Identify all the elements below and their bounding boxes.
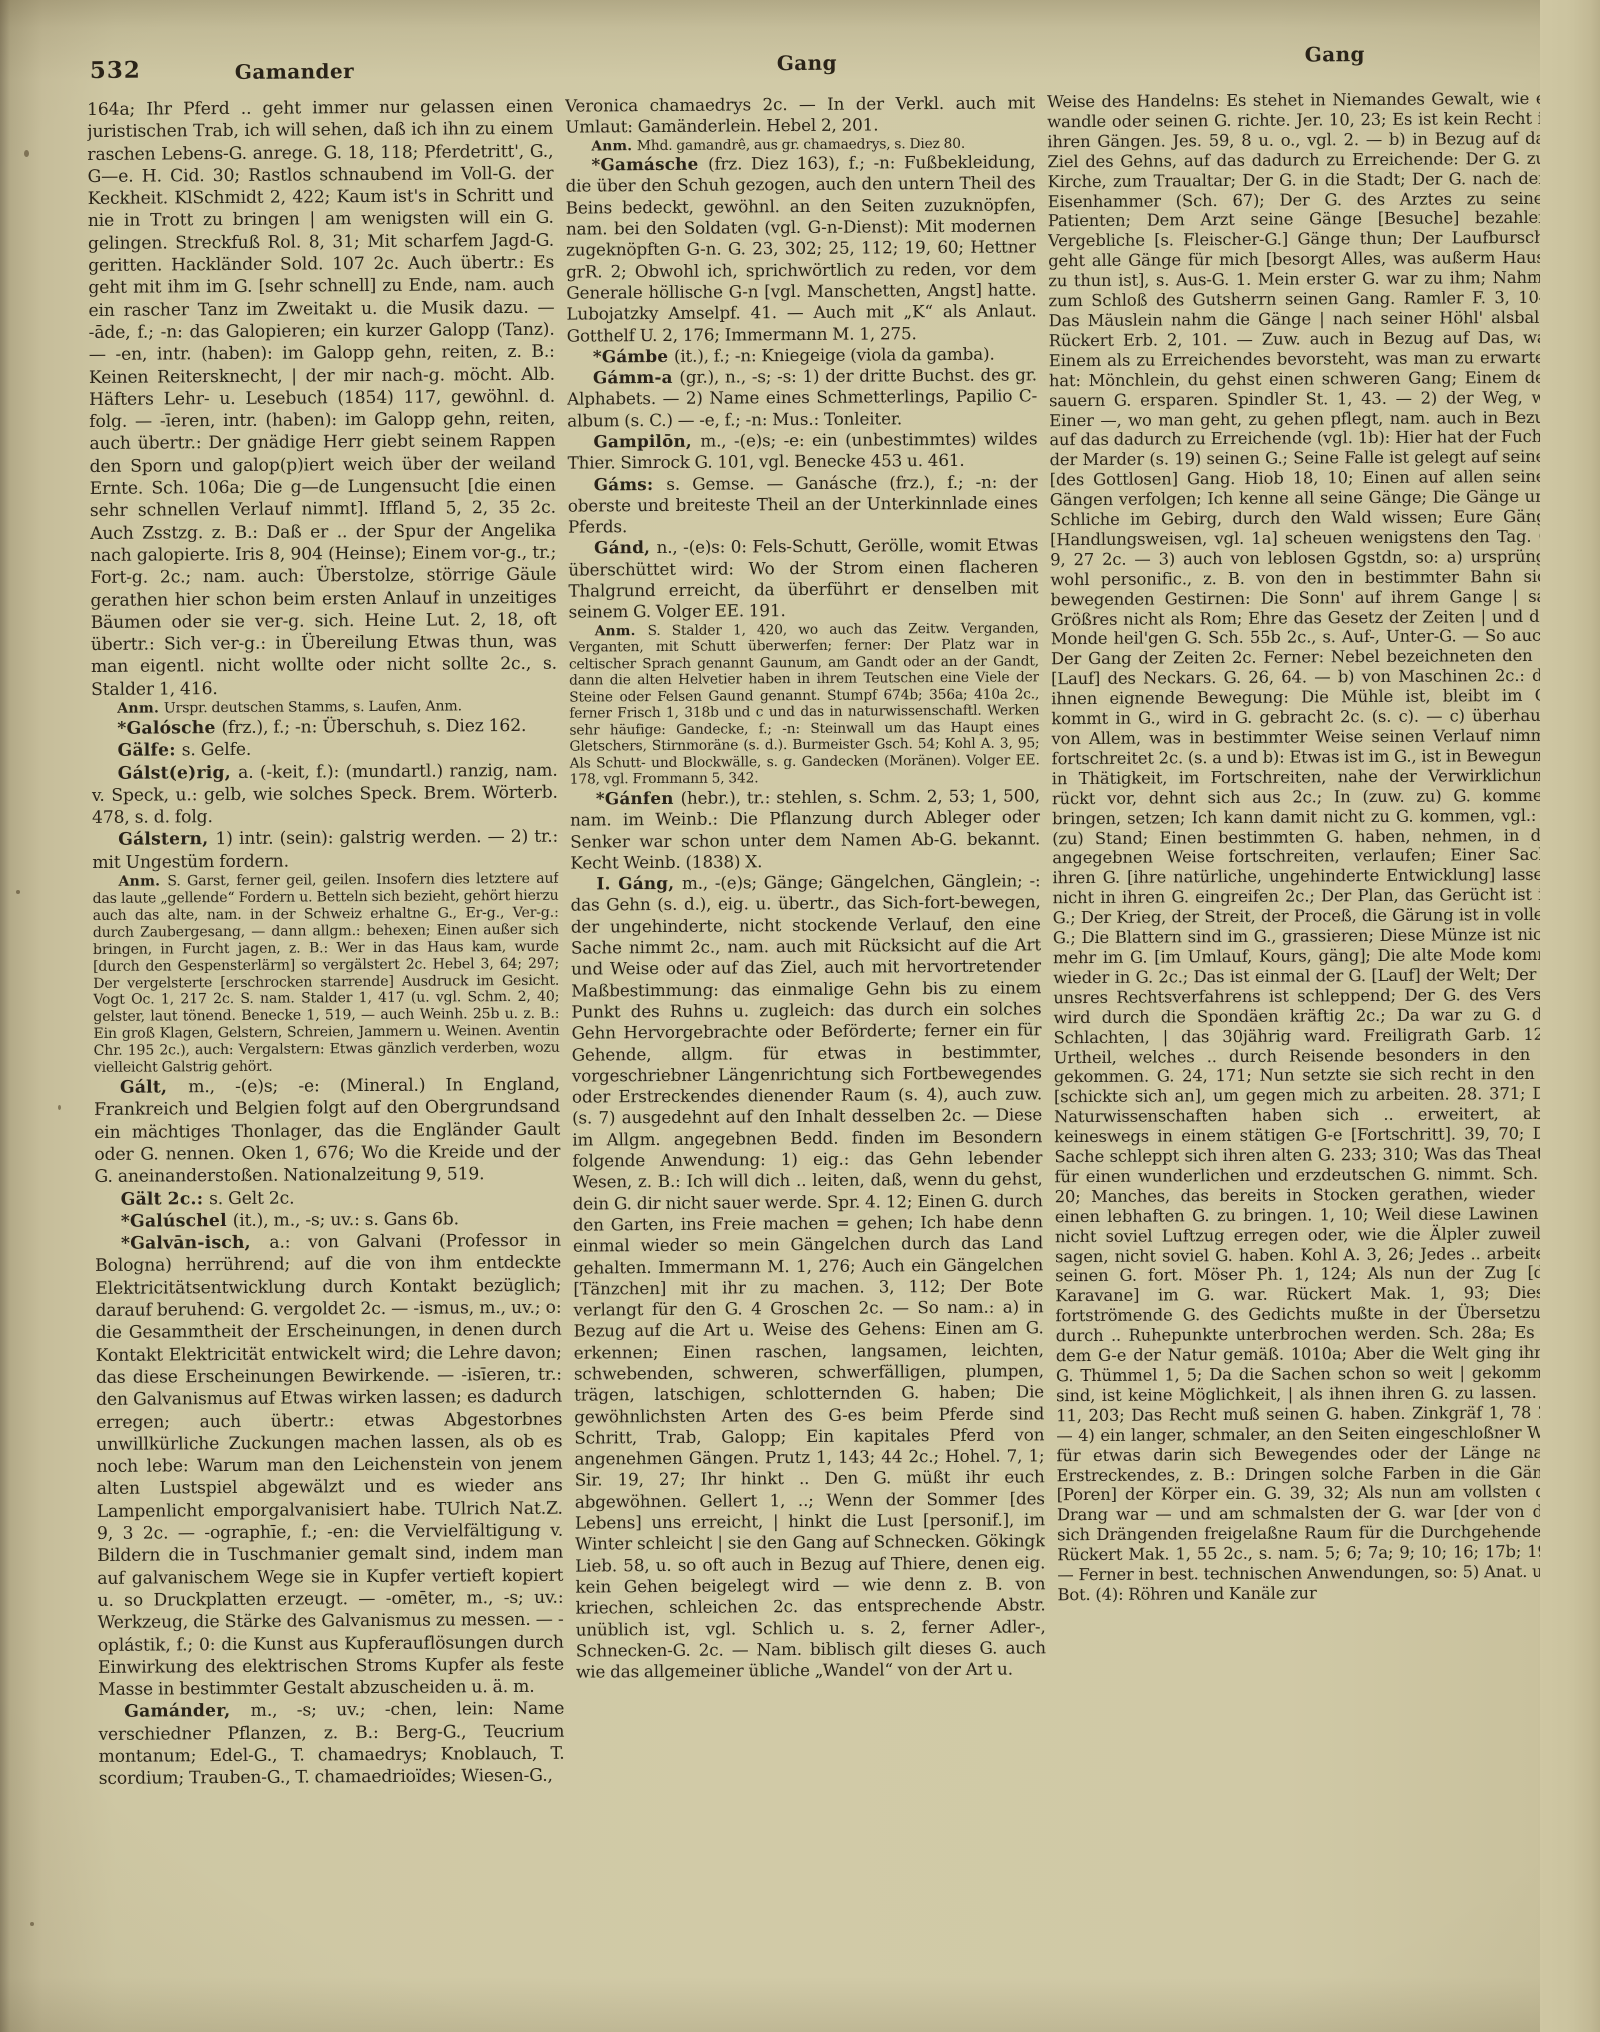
paper-speck	[24, 150, 29, 157]
entry-paragraph: Gált, m., -(e)s; -e: (Mineral.) In Engla…	[94, 1074, 561, 1189]
entry-headword: I. Gáng,	[596, 873, 682, 894]
entry-headword: Gamánder,	[124, 1701, 251, 1722]
continuation-paragraph: Weise des Handelns: Es stehet in Niemand…	[1047, 89, 1564, 1605]
entry-headword: *Gamásche	[591, 154, 708, 175]
entry-paragraph: Gámm-a (gr.), n., -s; -s: 1) der dritte …	[567, 364, 1037, 431]
page-content: 532 Gamander Gang Gang 164a; Ihr Pferd .…	[0, 0, 1600, 2032]
entry-paragraph: *Gánfen (hebr.), tr.: stehlen, s. Schm. …	[570, 785, 1041, 873]
continuation-paragraph: Veronica chamaedrys 2c. — In der Verkl. …	[565, 92, 1035, 138]
continuation-paragraph: 164a; Ihr Pferd .. geht immer nur gelass…	[87, 96, 557, 701]
entry-headword: *Galósche	[117, 718, 221, 739]
entry-headword: Gampilōn,	[593, 431, 700, 452]
entry-paragraph: *Gamásche (frz. Diez 163), f.; -n: Fußbe…	[565, 151, 1036, 346]
annotation-paragraph: Anm. S. Stalder 1, 420, wo auch das Zeit…	[569, 620, 1040, 789]
entry-paragraph: I. Gáng, m., -(e)s; Gänge; Gängelchen, G…	[570, 870, 1046, 1683]
entry-paragraph: Gampilōn, m., -(e)s; -e: ein (unbestimmt…	[567, 428, 1037, 474]
entry-paragraph: *Galvān-isch, a.: von Galvani (Professor…	[95, 1230, 564, 1701]
entry-headword: Gált,	[120, 1077, 188, 1097]
paper-speck	[58, 1105, 61, 1110]
entry-headword: *Gánfen	[596, 788, 681, 809]
entry-paragraph: *Galúschel (it.), m., -s; uv.: s. Gans 6…	[95, 1208, 561, 1234]
entry-paragraph: *Galósche (frz.), f.; -n: Überschuh, s. …	[91, 715, 557, 741]
entry-paragraph: Gamánder, m., -s; uv.; -chen, lein: Name…	[98, 1698, 565, 1790]
entry-headword: Gálstern,	[118, 830, 215, 851]
entry-headword: Anm.	[595, 623, 648, 639]
annotation-paragraph: Anm. S. Garst, ferner geil, geilen. Inso…	[92, 871, 559, 1077]
page-number: 532	[90, 57, 141, 84]
paper-speck	[30, 1922, 34, 1926]
entry-paragraph: Gánd, n., -(e)s: 0: Fels-Schutt, Gerölle…	[568, 535, 1039, 623]
running-head-center: Gang	[777, 51, 837, 75]
entry-paragraph: Gält 2c.: s. Gelt 2c.	[95, 1185, 561, 1211]
entry-paragraph: Gáms: s. Gemse. — Ganásche (frz.), f.; -…	[568, 471, 1038, 538]
page-edge-cut	[1540, 0, 1600, 2032]
entry-headword: Anm.	[591, 138, 637, 154]
paper-speck	[16, 890, 20, 894]
text-column-2: Veronica chamaedrys 2c. — In der Verkl. …	[565, 92, 1048, 2005]
entry-headword: Gält 2c.:	[121, 1189, 210, 1210]
text-column-1: 164a; Ihr Pferd .. geht immer nur gelass…	[87, 96, 566, 2009]
entry-paragraph: Gälfe: s. Gelfe.	[91, 737, 557, 763]
entry-paragraph: Gálst(e)rig, a. (-keit, f.): (mundartl.)…	[92, 759, 558, 829]
entry-headword: Gámm-a	[593, 367, 680, 388]
text-column-3: Weise des Handelns: Es stehet in Niemand…	[1047, 89, 1566, 2002]
entry-headword: Gálst(e)rig,	[118, 762, 238, 783]
entry-headword: Gánd,	[594, 537, 657, 557]
scanned-dictionary-page: 532 Gamander Gang Gang 164a; Ihr Pferd .…	[0, 0, 1600, 2032]
entry-headword: Anm.	[118, 873, 167, 889]
entry-headword: *Gámbe	[593, 346, 674, 367]
text-block: 164a; Ihr Pferd .. geht immer nur gelass…	[87, 89, 1566, 2009]
entry-paragraph: Gálstern, 1) intr. (sein): galstrig werd…	[92, 826, 558, 874]
entry-headword: *Galúschel	[121, 1211, 233, 1232]
running-head-left: Gamander	[235, 59, 354, 84]
running-head-right: Gang	[1305, 42, 1365, 66]
entry-headword: Gälfe:	[117, 741, 181, 761]
entry-headword: Gáms:	[594, 474, 667, 495]
entry-headword: *Galvān-isch,	[121, 1233, 269, 1254]
entry-headword: Anm.	[117, 700, 164, 716]
